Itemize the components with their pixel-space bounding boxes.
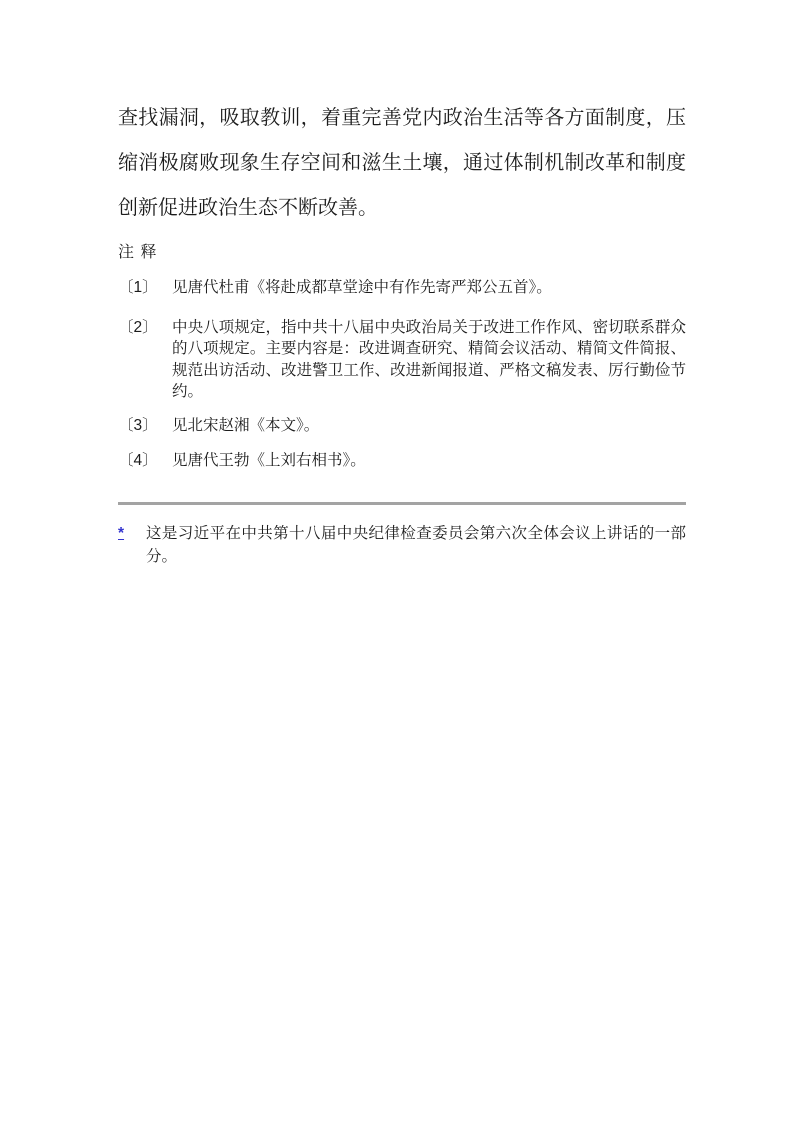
footnote-asterisk-link[interactable]: *	[118, 522, 146, 545]
note-text-3: 见北宋赵湘《本文》。	[172, 415, 686, 437]
note-item-3: 〔3〕 见北宋赵湘《本文》。	[118, 415, 686, 437]
note-marker-4: 〔4〕	[118, 450, 172, 472]
note-marker-1: 〔1〕	[118, 277, 172, 299]
document-page: 查找漏洞，吸取教训，着重完善党内政治生活等各方面制度，压缩消极腐败现象生存空间和…	[0, 0, 800, 1130]
note-marker-2: 〔2〕	[118, 317, 172, 339]
note-text-1: 见唐代杜甫《将赴成都草堂途中有作先寄严郑公五首》。	[172, 277, 686, 299]
footnote-divider	[118, 502, 686, 505]
body-paragraph: 查找漏洞，吸取教训，着重完善党内政治生活等各方面制度，压缩消极腐败现象生存空间和…	[118, 96, 686, 231]
footnote: * 这是习近平在中共第十八届中央纪律检查委员会第六次全体会议上讲话的一部分。	[118, 522, 686, 568]
note-item-4: 〔4〕 见唐代王勃《上刘右相书》。	[118, 450, 686, 472]
note-text-4: 见唐代王勃《上刘右相书》。	[172, 450, 686, 472]
notes-list: 〔1〕 见唐代杜甫《将赴成都草堂途中有作先寄严郑公五首》。 〔2〕 中央八项规定…	[118, 277, 686, 472]
note-item-2: 〔2〕 中央八项规定，指中共十八届中央政治局关于改进工作作风、密切联系群众的八项…	[118, 317, 686, 403]
note-text-2: 中央八项规定，指中共十八届中央政治局关于改进工作作风、密切联系群众的八项规定。主…	[172, 317, 686, 403]
note-item-1: 〔1〕 见唐代杜甫《将赴成都草堂途中有作先寄严郑公五首》。	[118, 277, 686, 299]
notes-heading: 注 释	[118, 243, 686, 263]
footnote-text: 这是习近平在中共第十八届中央纪律检查委员会第六次全体会议上讲话的一部分。	[146, 522, 686, 568]
note-marker-3: 〔3〕	[118, 415, 172, 437]
